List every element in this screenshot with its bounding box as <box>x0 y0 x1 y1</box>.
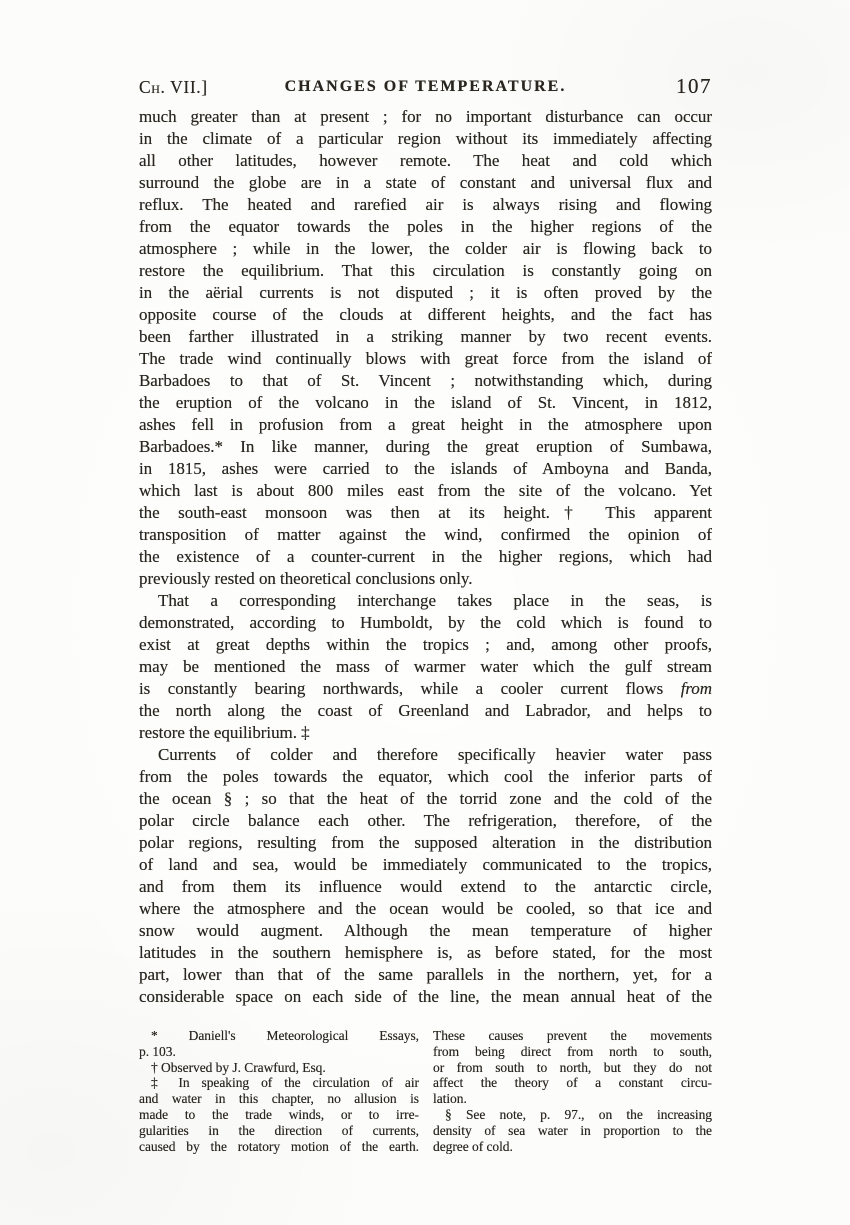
text-line: reflux. The heated and rarefied air is a… <box>139 194 712 216</box>
text-line: and from them its influence would extend… <box>139 876 712 898</box>
text-line: the ocean § ; so that the heat of the to… <box>139 788 712 810</box>
text-line: in 1815, ashes were carried to the islan… <box>139 458 712 480</box>
text-line: That a corresponding interchange takes p… <box>139 590 712 612</box>
text-line: restore the equilibrium. That this circu… <box>139 260 712 282</box>
text-line: transposition of matter against the wind… <box>139 524 712 546</box>
text-line: snow would augment. Although the mean te… <box>139 920 712 942</box>
text-line: ashes fell in profusion from a great hei… <box>139 414 712 436</box>
text-line: which last is about 800 miles east from … <box>139 480 712 502</box>
footnote-column-left: * Daniell's Meteorological Essays,p. 103… <box>139 1028 419 1154</box>
text-line: Barbadoes to that of St. Vincent ; notwi… <box>139 370 712 392</box>
text-line: where the atmosphere and the ocean would… <box>139 898 712 920</box>
text-line: demonstrated, according to Humboldt, by … <box>139 612 712 634</box>
paragraph: * Daniell's Meteorological Essays,p. 103… <box>139 1028 419 1060</box>
text-line: Barbadoes.* In like manner, during the g… <box>139 436 712 458</box>
text-line: restore the equilibrium. ‡ <box>139 722 712 744</box>
text-line: Currents of colder and therefore specifi… <box>139 744 712 766</box>
paragraph: † Observed by J. Crawfurd, Esq. <box>139 1060 419 1076</box>
text-line: much greater than at present ; for no im… <box>139 106 712 128</box>
running-title: CHANGES OF TEMPERATURE. <box>139 78 712 96</box>
text-line: from being direct from north to south, <box>433 1044 712 1060</box>
text-line: The trade wind continually blows with gr… <box>139 348 712 370</box>
text-line: of land and sea, would be immediately co… <box>139 854 712 876</box>
page-body: much greater than at present ; for no im… <box>139 106 712 1008</box>
text-line: the north along the coast of Greenland a… <box>139 700 712 722</box>
text-line: part, lower than that of the same parall… <box>139 964 712 986</box>
text-line: surround the globe are in a state of con… <box>139 172 712 194</box>
text-line: † Observed by J. Crawfurd, Esq. <box>139 1060 419 1076</box>
text-line: in the aërial currents is not disputed ;… <box>139 282 712 304</box>
text-line: opposite course of the clouds at differe… <box>139 304 712 326</box>
text-line: polar regions, resulting from the suppos… <box>139 832 712 854</box>
text-line: all other latitudes, however remote. The… <box>139 150 712 172</box>
footnote-column-right: These causes prevent the movementsfrom b… <box>433 1028 712 1154</box>
text-line: made to the trade winds, or to irre- <box>139 1107 419 1123</box>
text-line: the south-east monsoon was then at its h… <box>139 502 712 524</box>
text-line: atmosphere ; while in the lower, the col… <box>139 238 712 260</box>
text-line: from the poles towards the equator, whic… <box>139 766 712 788</box>
text-line: or from south to north, but they do not <box>433 1060 712 1076</box>
text-line: density of sea water in proportion to th… <box>433 1123 712 1139</box>
paragraph: These causes prevent the movementsfrom b… <box>433 1028 712 1107</box>
text-line: ‡ In speaking of the circulation of air <box>139 1075 419 1091</box>
text-line: * Daniell's Meteorological Essays, <box>139 1028 419 1044</box>
text-line: caused by the rotatory motion of the ear… <box>139 1139 419 1155</box>
text-line: exist at great depths within the tropics… <box>139 634 712 656</box>
page-number: 107 <box>676 74 712 99</box>
text-line: degree of cold. <box>433 1139 712 1155</box>
paragraph: much greater than at present ; for no im… <box>139 106 712 590</box>
text-line: the eruption of the volcano in the islan… <box>139 392 712 414</box>
text-line: lation. <box>433 1091 712 1107</box>
book-page: Ch. VII.] CHANGES OF TEMPERATURE. 107 mu… <box>0 0 850 1225</box>
paragraph: Currents of colder and therefore specifi… <box>139 744 712 1008</box>
paragraph: ‡ In speaking of the circulation of aira… <box>139 1075 419 1154</box>
text-line: the existence of a counter-current in th… <box>139 546 712 568</box>
text-line: p. 103. <box>139 1044 419 1060</box>
footnotes-section: * Daniell's Meteorological Essays,p. 103… <box>139 1028 712 1154</box>
paragraph: § See note, p. 97., on the increasingden… <box>433 1107 712 1154</box>
text-line: previously rested on theoretical conclus… <box>139 568 712 590</box>
page-header: Ch. VII.] CHANGES OF TEMPERATURE. 107 <box>139 74 712 98</box>
text-line: considerable space on each side of the l… <box>139 986 712 1008</box>
text-line: latitudes in the southern hemisphere is,… <box>139 942 712 964</box>
text-line: and water in this chapter, no allusion i… <box>139 1091 419 1107</box>
text-line: polar circle balance each other. The ref… <box>139 810 712 832</box>
text-line: in the climate of a particular region wi… <box>139 128 712 150</box>
text-line: from the equator towards the poles in th… <box>139 216 712 238</box>
text-line: gularities in the direction of currents, <box>139 1123 419 1139</box>
text-line: may be mentioned the mass of warmer wate… <box>139 656 712 678</box>
text-line: § See note, p. 97., on the increasing <box>433 1107 712 1123</box>
text-line: These causes prevent the movements <box>433 1028 712 1044</box>
text-line: affect the theory of a constant circu- <box>433 1075 712 1091</box>
paragraph: That a corresponding interchange takes p… <box>139 590 712 744</box>
text-line: been farther illustrated in a striking m… <box>139 326 712 348</box>
text-line: is constantly bearing northwards, while … <box>139 678 712 700</box>
